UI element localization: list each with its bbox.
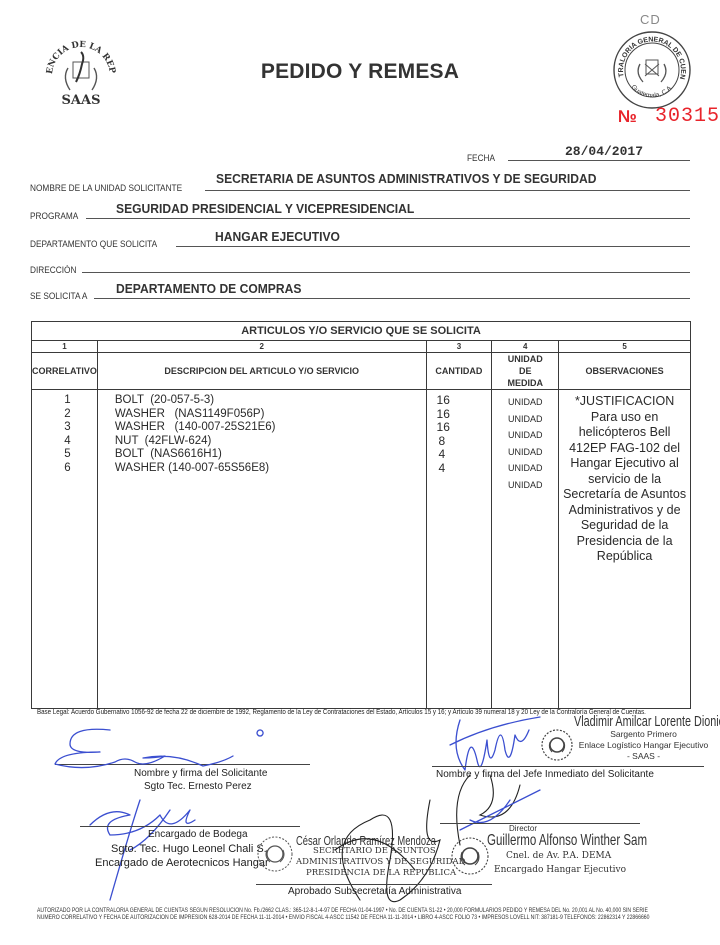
- programa-line: [86, 218, 690, 219]
- jefe-inmediato-signature: [440, 700, 550, 780]
- bodega-name: Sgto. Tec. Hugo Leonel Chali S.: [111, 843, 267, 855]
- table-row-descripcion: WASHER (140-007-65S56E8): [98, 462, 426, 476]
- jefe-stamp-rank: Sargento Primero: [596, 729, 691, 739]
- direccion-label: DIRECCIÓN: [30, 265, 76, 275]
- jefe-stamp-name: Vladimir Amilcar Lorente Dionicio: [574, 713, 720, 730]
- column-number: 4: [492, 341, 559, 353]
- bodega-role: Encargado de Aerotecnicos Hangar: [95, 857, 269, 869]
- table-row-unidad: UNIDAD: [492, 413, 558, 427]
- table-title: ARTICULOS Y/O SERVICIO QUE SE SOLICITA: [32, 322, 691, 341]
- fecha-line: [508, 160, 690, 161]
- svg-text:CONTRALORIA GENERAL DE CUENTAS: CONTRALORIA GENERAL DE CUENTAS: [609, 25, 686, 80]
- form-number-sign: №: [618, 107, 637, 127]
- table-row-correlativo: 4: [32, 435, 97, 449]
- svg-text:SAAS: SAAS: [62, 93, 101, 108]
- column-header-descripcion: DESCRIPCION DEL ARTICULO Y/O SERVICIO: [97, 353, 426, 390]
- solicitante-label: Nombre y firma del Solicitante: [134, 768, 267, 779]
- unidad-column: UNIDAD UNIDAD UNIDAD UNIDAD UNIDAD UNIDA…: [492, 390, 559, 709]
- table-row-unidad: UNIDAD: [492, 429, 558, 443]
- table-row-cantidad: 16: [427, 421, 492, 435]
- table-row-descripcion: BOLT (20-057-5-3): [98, 394, 426, 408]
- director-stamp-rank: Cnel. de Av. P.A. DEMA: [506, 851, 611, 861]
- column-header-correlativo: CORRELATIVO: [32, 353, 98, 390]
- subsecretaria-seal-icon: [256, 835, 294, 878]
- programa-label: PROGRAMA: [30, 211, 78, 221]
- observaciones-column: *JUSTIFICACION Para uso en helicópteros …: [559, 390, 691, 709]
- table-row-cantidad: 16: [427, 394, 492, 408]
- director-signature-line: [440, 823, 640, 824]
- footer-line-1: AUTORIZADO POR LA CONTRALORIA GENERAL DE…: [37, 907, 648, 914]
- column-number: 1: [32, 341, 98, 353]
- table-row-unidad: UNIDAD: [492, 462, 558, 476]
- fecha-label: FECHA: [467, 153, 495, 163]
- departamento-line: [176, 246, 690, 247]
- departamento-field[interactable]: HANGAR EJECUTIVO: [215, 229, 340, 244]
- direccion-line: [82, 272, 690, 273]
- column-number: 5: [559, 341, 691, 353]
- column-header-unidad: UNIDAD DE MEDIDA: [492, 353, 559, 390]
- handwritten-mark: CD: [640, 12, 661, 27]
- jefe-inmediato-signature-line: [432, 766, 704, 767]
- items-table: ARTICULOS Y/O SERVICIO QUE SE SOLICITA 1…: [31, 321, 691, 709]
- cantidad-column: 16 16 16 8 4 4: [426, 390, 492, 709]
- table-row-cantidad: 16: [427, 408, 492, 422]
- table-row-correlativo: 1: [32, 394, 97, 408]
- column-number: 3: [426, 341, 492, 353]
- subsecretaria-label: Aprobado Subsecretaría Administrativa: [288, 886, 461, 897]
- table-row-descripcion: WASHER (140-007-25S21E6): [98, 421, 426, 435]
- footer-line-2: NUMERO CORRELATIVO Y FECHA DE AUTORIZACI…: [37, 914, 649, 921]
- table-row-descripcion: BOLT (NAS6616H1): [98, 448, 426, 462]
- table-row-unidad: UNIDAD: [492, 446, 558, 460]
- column-header-cantidad: CANTIDAD: [426, 353, 492, 390]
- contraloria-seal-icon: CONTRALORIA GENERAL DE CUENTAS Guatemala…: [612, 30, 692, 110]
- table-row-cantidad: 8: [427, 435, 492, 449]
- bodega-label: Encargado de Bodega: [148, 829, 248, 840]
- programa-field[interactable]: SEGURIDAD PRESIDENCIAL Y VICEPRESIDENCIA…: [116, 201, 414, 216]
- form-number: 30315: [655, 105, 720, 128]
- table-row-correlativo: 5: [32, 448, 97, 462]
- table-row-correlativo: 6: [32, 462, 97, 476]
- departamento-label: DEPARTAMENTO QUE SOLICITA: [30, 239, 157, 249]
- solicitante-signature: [40, 720, 290, 770]
- observaciones-text: *JUSTIFICACION Para uso en helicópteros …: [559, 390, 690, 565]
- table-row-cantidad: 4: [427, 462, 492, 476]
- se-solicita-a-label: SE SOLICITA A: [30, 291, 87, 301]
- director-stamp-name: Guillermo Alfonso Winther Sam: [487, 832, 647, 850]
- se-solicita-a-line: [94, 298, 690, 299]
- fecha-field[interactable]: 28/04/2017: [565, 144, 643, 159]
- correlativo-column: 1 2 3 4 5 6: [32, 390, 98, 709]
- unidad-solicitante-label: NOMBRE DE LA UNIDAD SOLICITANTE: [30, 183, 182, 193]
- unidad-solicitante-field[interactable]: SECRETARIA DE ASUNTOS ADMINISTRATIVOS Y …: [216, 171, 596, 186]
- table-row-cantidad: 4: [427, 448, 492, 462]
- table-row-descripcion: NUT (42FLW-624): [98, 435, 426, 449]
- unidad-solicitante-line: [205, 190, 690, 191]
- column-number: 2: [97, 341, 426, 353]
- base-legal-text: Base Legal: Acuerdo Gubernativo 1056-92 …: [37, 707, 646, 716]
- table-row-correlativo: 3: [32, 421, 97, 435]
- table-row-correlativo: 2: [32, 408, 97, 422]
- jefe-stamp-role: Enlace Logístico Hangar Ejecutivo: [576, 740, 711, 750]
- table-row-unidad: UNIDAD: [492, 396, 558, 410]
- column-header-observaciones: OBSERVACIONES: [559, 353, 691, 390]
- table-row-descripcion: WASHER (NAS1149F056P): [98, 408, 426, 422]
- director-seal-icon: [450, 836, 490, 881]
- se-solicita-a-field[interactable]: DEPARTAMENTO DE COMPRAS: [116, 281, 301, 296]
- jefe-stamp-org: - SAAS -: [596, 751, 691, 761]
- subsecretaria-signature-line: [256, 884, 492, 885]
- descripcion-column: BOLT (20-057-5-3) WASHER (NAS1149F056P) …: [97, 390, 426, 709]
- bodega-signature-line: [80, 826, 300, 827]
- director-stamp-role: Encargado Hangar Ejecutivo: [494, 865, 626, 875]
- table-row-unidad: UNIDAD: [492, 479, 558, 493]
